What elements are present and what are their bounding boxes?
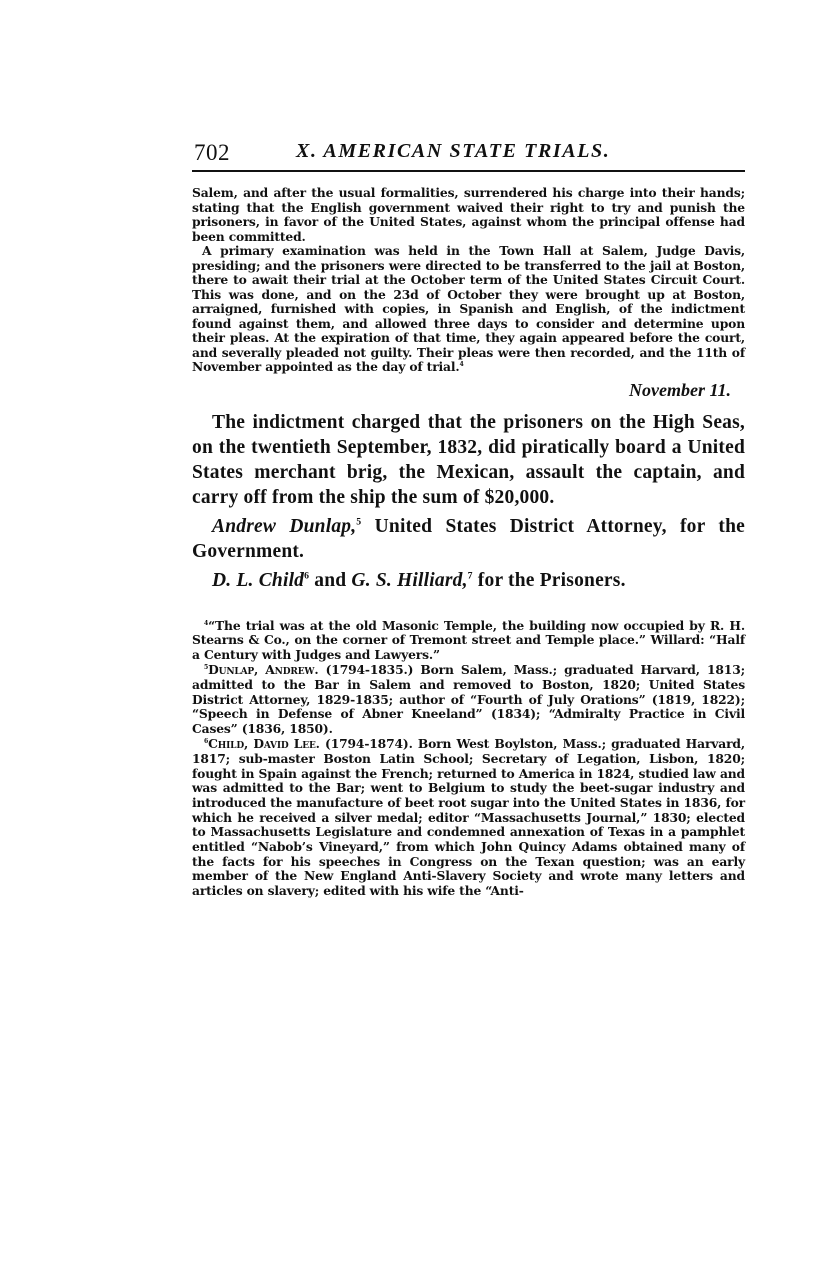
intro-paragraph: Salem, and after the usual formalities, …	[192, 186, 745, 244]
counsel-name: G. S. Hilliard,	[351, 570, 467, 591]
indictment-paragraph: The indictment charged that the prisoner…	[192, 410, 745, 510]
footnote: 4“The trial was at the old Masonic Templ…	[192, 619, 745, 663]
main-text: The indictment charged that the prisoner…	[192, 410, 745, 593]
running-head: 702 X. AMERICAN STATE TRIALS.	[192, 140, 745, 170]
footnote-ref[interactable]: 4	[460, 361, 464, 368]
counsel-government: Andrew Dunlap,5 United States District A…	[192, 514, 745, 564]
counsel-name: Andrew Dunlap,	[212, 516, 356, 537]
date-heading: November 11.	[192, 380, 745, 404]
book-page: 702 X. AMERICAN STATE TRIALS. Salem, and…	[192, 140, 745, 899]
header-rule	[192, 170, 745, 172]
page-number: 702	[194, 140, 230, 166]
intro-text: Salem, and after the usual formalities, …	[192, 186, 745, 375]
footnotes: 4“The trial was at the old Masonic Templ…	[192, 619, 745, 899]
counsel-prisoners: D. L. Child6 and G. S. Hilliard,7 for th…	[192, 568, 745, 593]
footnote-heading: Child, David Lee.	[208, 736, 320, 751]
footnote-heading: Dunlap, Andrew.	[208, 662, 318, 677]
footnote: 6Child, David Lee. (1794-1874). Born Wes…	[192, 737, 745, 899]
footnote: 5Dunlap, Andrew. (1794-1835.) Born Salem…	[192, 663, 745, 737]
running-title: X. AMERICAN STATE TRIALS.	[296, 140, 610, 163]
intro-paragraph: A primary examination was held in the To…	[192, 244, 745, 375]
counsel-name: D. L. Child	[212, 570, 304, 591]
